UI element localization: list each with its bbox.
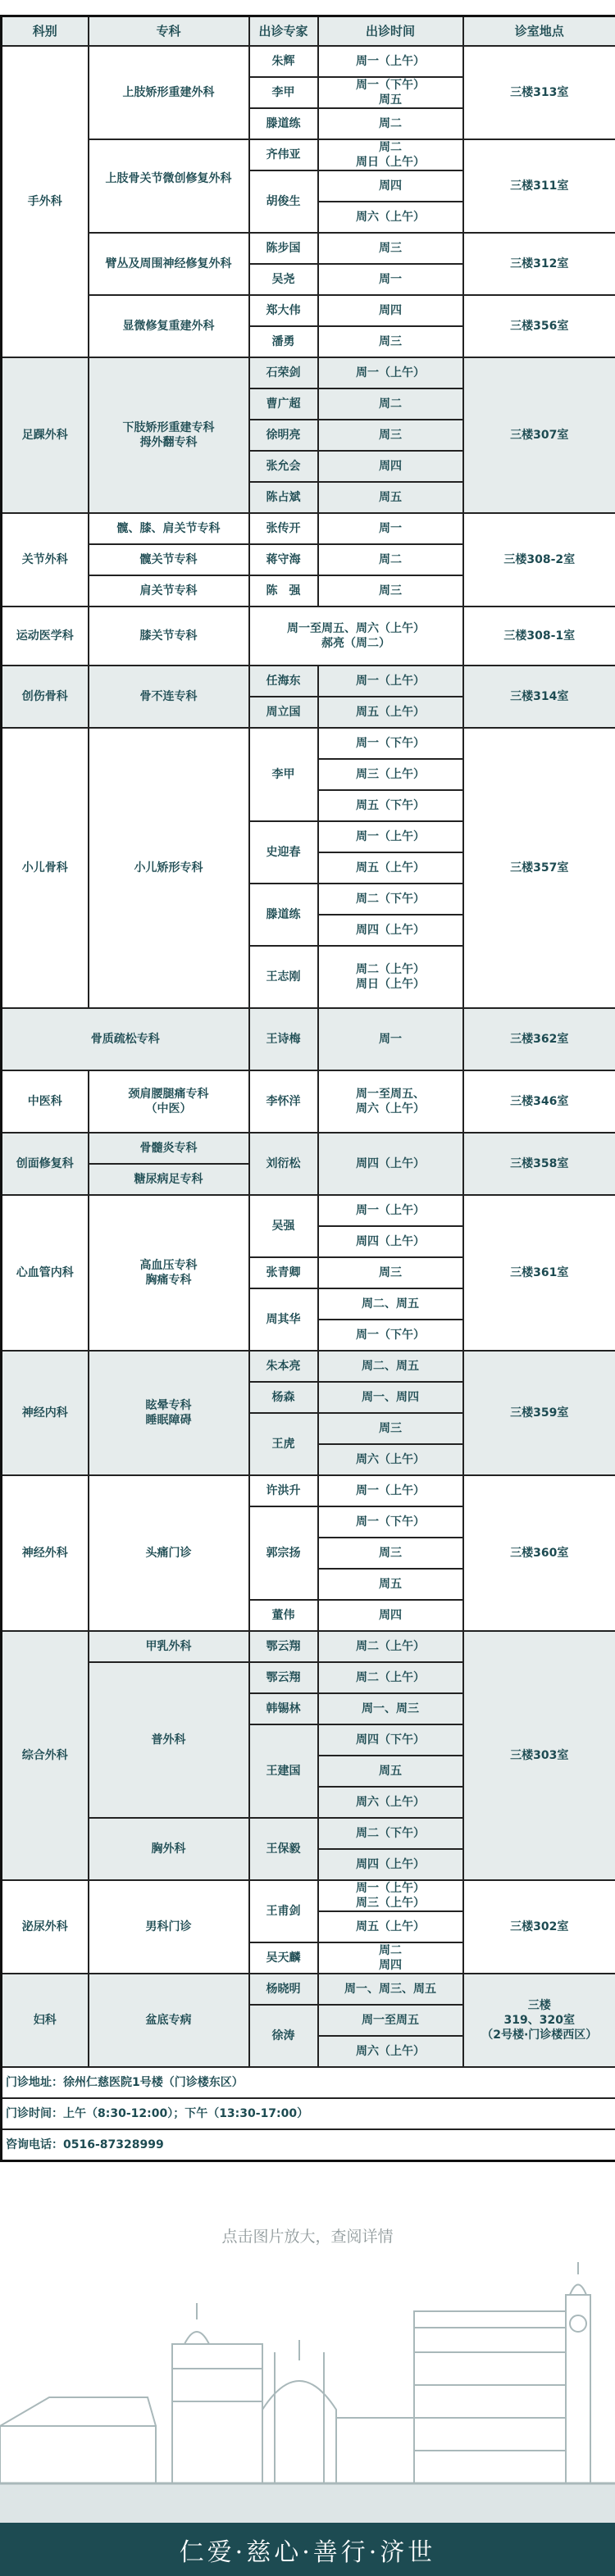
time-cell: 周五（上午） <box>318 1911 463 1942</box>
specialty-cell: 男科门诊 <box>89 1880 249 1974</box>
doctor-cell: 董伟 <box>249 1600 318 1631</box>
table-row: 创伤骨科 骨不连专科 任海东 周一（上午） 三楼314室 <box>2 666 615 697</box>
department-cell: 关节外科 <box>2 513 89 607</box>
clinic-hours: 门诊时间：上午（8:30-12:00）；下午（13:30-17:00） <box>2 2098 615 2129</box>
room-cell: 三楼312室 <box>463 233 615 295</box>
hospital-slogan: 仁爱·慈心·善行·济世 <box>180 2532 436 2568</box>
doctor-cell: 陈占斌 <box>249 482 318 513</box>
doctor-cell: 朱本亮 <box>249 1351 318 1382</box>
room-cell: 三楼357室 <box>463 728 615 1008</box>
time-cell: 周一（上午） <box>318 357 463 388</box>
table-row: 神经外科 头痛门诊 许洪升 周一（上午） 三楼360室 <box>2 1475 615 1506</box>
doctor-cell: 滕道练 <box>249 108 318 139</box>
time-cell: 周六（上午） <box>318 1787 463 1818</box>
slogan-banner: 仁爱·慈心·善行·济世 <box>0 2523 615 2576</box>
phone-row: 咨询电话：0516-87328999 <box>2 2129 615 2161</box>
time-cell: 周三 <box>318 1413 463 1444</box>
specialty-cell: 高血压专科 胸痛专科 <box>89 1195 249 1351</box>
time-cell: 周一（下午） <box>318 1506 463 1538</box>
department-cell: 创伤骨科 <box>2 666 89 728</box>
time-cell: 周五（上午） <box>318 697 463 728</box>
time-cell: 周六（上午） <box>318 1444 463 1475</box>
specialty-cell: 甲乳外科 <box>89 1631 249 1662</box>
click-to-enlarge-hint[interactable]: 点击图片放大，查阅详情 <box>0 2224 615 2247</box>
room-cell: 三楼346室 <box>463 1070 615 1133</box>
header-doctor: 出诊专家 <box>249 16 318 47</box>
time-cell: 周二 周四 <box>318 1942 463 1974</box>
time-cell: 周二（下午） <box>318 1818 463 1849</box>
time-cell: 周五（上午） <box>318 852 463 884</box>
doctor-cell: 韩锡林 <box>249 1693 318 1724</box>
table-row: 心血管内科 高血压专科 胸痛专科 吴强 周一（上午） 三楼361室 <box>2 1195 615 1226</box>
doctor-cell: 郭宗扬 <box>249 1506 318 1600</box>
doctor-cell: 吴强 <box>249 1195 318 1257</box>
time-cell: 周三 <box>318 326 463 357</box>
time-cell: 周一（下午） 周五 <box>318 77 463 108</box>
table-row: 泌尿外科 男科门诊 王甫剑 周一（上午） 周三（上午） 三楼302室 <box>2 1880 615 1911</box>
specialty-cell: 糖尿病足专科 <box>89 1164 249 1195</box>
doctor-cell: 徐明亮 <box>249 420 318 451</box>
table-row: 手外科 上肢矫形重建外科 朱辉 周一（上午） 三楼313室 <box>2 46 615 77</box>
table-row: 足踝外科 下肢矫形重建专科 拇外翻专科 石荣剑 周一（上午） 三楼307室 <box>2 357 615 388</box>
time-cell: 周二（下午） <box>318 884 463 915</box>
time-cell: 周四 <box>318 295 463 326</box>
specialty-cell: 骨不连专科 <box>89 666 249 728</box>
schedule-cell: 周一至周五、周六（上午） 郝亮（周二） <box>249 607 463 666</box>
time-cell: 周二 <box>318 544 463 575</box>
doctor-cell: 徐涛 <box>249 2005 318 2067</box>
department-cell: 神经外科 <box>2 1475 89 1631</box>
department-cell: 心血管内科 <box>2 1195 89 1351</box>
doctor-cell: 吴尧 <box>249 264 318 295</box>
time-cell: 周五（下午） <box>318 790 463 821</box>
specialty-cell: 上肢矫形重建外科 <box>89 46 249 139</box>
doctor-cell: 张青卿 <box>249 1257 318 1288</box>
room-cell: 三楼303室 <box>463 1631 615 1880</box>
specialty-cell: 盆底专病 <box>89 1974 249 2067</box>
specialty-cell: 显微修复重建外科 <box>89 295 249 357</box>
outpatient-schedule-table: 科别 专科 出诊专家 出诊时间 诊室地点 手外科 上肢矫形重建外科 朱辉 周一（… <box>0 15 615 2162</box>
doctor-cell: 石荣剑 <box>249 357 318 388</box>
time-cell: 周二 周日（上午） <box>318 139 463 170</box>
specialty-cell: 髋关节专科 <box>89 544 249 575</box>
table-row: 神经内科 眩晕专科 睡眠障碍 朱本亮 周二、周五 三楼359室 <box>2 1351 615 1382</box>
room-cell: 三楼302室 <box>463 1880 615 1974</box>
table-row: 显微修复重建外科 郑大伟 周四 三楼356室 <box>2 295 615 326</box>
time-cell: 周六（上午） <box>318 202 463 233</box>
time-cell: 周三（上午） <box>318 759 463 790</box>
doctor-cell: 李怀洋 <box>249 1070 318 1133</box>
room-cell: 三楼307室 <box>463 357 615 513</box>
specialty-cell: 骨髓炎专科 <box>89 1133 249 1164</box>
time-cell: 周二 <box>318 108 463 139</box>
header-specialty: 专科 <box>89 16 249 47</box>
time-cell: 周五 <box>318 1569 463 1600</box>
doctor-cell: 周其华 <box>249 1288 318 1351</box>
time-cell: 周四 <box>318 1600 463 1631</box>
table-row: 臂丛及周围神经修复外科 陈步国 周三 三楼312室 <box>2 233 615 264</box>
specialty-cell: 骨质疏松专科 <box>2 1008 249 1070</box>
time-cell: 周五 <box>318 482 463 513</box>
room-cell: 三楼356室 <box>463 295 615 357</box>
hospital-building-sketch-image[interactable] <box>0 2246 615 2528</box>
time-cell: 周四（上午） <box>318 1849 463 1880</box>
doctor-cell: 李甲 <box>249 728 318 821</box>
room-cell: 三楼313室 <box>463 46 615 139</box>
time-cell: 周一至周五 <box>318 2005 463 2036</box>
time-cell: 周四（下午） <box>318 1724 463 1756</box>
specialty-cell: 颈肩腰腿痛专科 （中医） <box>89 1070 249 1133</box>
specialty-cell: 肩关节专科 <box>89 575 249 607</box>
time-cell: 周五 <box>318 1756 463 1787</box>
doctor-cell: 王甫剑 <box>249 1880 318 1942</box>
room-cell: 三楼 319、320室 （2号楼·门诊楼西区） <box>463 1974 615 2067</box>
time-cell: 周一（上午） <box>318 1475 463 1506</box>
specialty-cell: 眩晕专科 睡眠障碍 <box>89 1351 249 1475</box>
doctor-cell: 潘勇 <box>249 326 318 357</box>
doctor-cell: 张允会 <box>249 451 318 482</box>
time-cell: 周四 <box>318 451 463 482</box>
doctor-cell: 胡俊生 <box>249 170 318 233</box>
time-cell: 周二 <box>318 388 463 420</box>
time-cell: 周一（下午） <box>318 728 463 759</box>
time-cell: 周一至周五、 周六（上午） <box>318 1070 463 1133</box>
room-cell: 三楼314室 <box>463 666 615 728</box>
time-cell: 周四（上午） <box>318 1226 463 1257</box>
header-time: 出诊时间 <box>318 16 463 47</box>
table-row: 小儿骨科 小儿矫形专科 李甲 周一（下午） 三楼357室 <box>2 728 615 759</box>
room-cell: 三楼361室 <box>463 1195 615 1351</box>
table-row: 中医科 颈肩腰腿痛专科 （中医） 李怀洋 周一至周五、 周六（上午） 三楼346… <box>2 1070 615 1133</box>
time-cell: 周二（上午） <box>318 1662 463 1693</box>
time-cell: 周二（上午） <box>318 1631 463 1662</box>
doctor-cell: 滕道练 <box>249 884 318 946</box>
table-row: 关节外科 髋、膝、肩关节专科 张传开 周一 三楼308-2室 <box>2 513 615 544</box>
doctor-cell: 鄂云翔 <box>249 1662 318 1693</box>
table-row: 综合外科 甲乳外科 鄂云翔 周二（上午） 三楼303室 <box>2 1631 615 1662</box>
doctor-cell: 吴天麟 <box>249 1942 318 1974</box>
time-cell: 周一、周四 <box>318 1382 463 1413</box>
doctor-cell: 刘衍松 <box>249 1133 318 1195</box>
time-cell: 周一（下午） <box>318 1320 463 1351</box>
header-department: 科别 <box>2 16 89 47</box>
doctor-cell: 朱辉 <box>249 46 318 77</box>
specialty-cell: 髋、膝、肩关节专科 <box>89 513 249 544</box>
table-row: 运动医学科 膝关节专科 周一至周五、周六（上午） 郝亮（周二） 三楼308-1室 <box>2 607 615 666</box>
time-cell: 周三 <box>318 575 463 607</box>
clinic-address: 门诊地址：徐州仁慈医院1号楼（门诊楼东区） <box>2 2067 615 2098</box>
doctor-cell: 许洪升 <box>249 1475 318 1506</box>
doctor-cell: 陈 强 <box>249 575 318 607</box>
department-cell: 足踝外科 <box>2 357 89 513</box>
department-cell: 神经内科 <box>2 1351 89 1475</box>
doctor-cell: 蒋守海 <box>249 544 318 575</box>
room-cell: 三楼360室 <box>463 1475 615 1631</box>
table-header-row: 科别 专科 出诊专家 出诊时间 诊室地点 <box>2 16 615 47</box>
doctor-cell: 王志刚 <box>249 946 318 1008</box>
time-cell: 周一（上午） <box>318 1195 463 1226</box>
room-cell: 三楼362室 <box>463 1008 615 1070</box>
doctor-cell: 史迎春 <box>249 821 318 884</box>
address-row: 门诊地址：徐州仁慈医院1号楼（门诊楼东区） <box>2 2067 615 2098</box>
doctor-cell: 曹广超 <box>249 388 318 420</box>
doctor-cell: 王保毅 <box>249 1818 318 1880</box>
room-cell: 三楼308-2室 <box>463 513 615 607</box>
specialty-cell: 胸外科 <box>89 1818 249 1880</box>
time-cell: 周二、周五 <box>318 1288 463 1320</box>
doctor-cell: 周立国 <box>249 697 318 728</box>
table-row: 妇科 盆底专病 杨晓明 周一、周三、周五 三楼 319、320室 （2号楼·门诊… <box>2 1974 615 2005</box>
header-room: 诊室地点 <box>463 16 615 47</box>
room-cell: 三楼308-1室 <box>463 607 615 666</box>
time-cell: 周一 <box>318 1008 463 1070</box>
department-cell: 泌尿外科 <box>2 1880 89 1974</box>
time-cell: 周一（上午） <box>318 821 463 852</box>
time-cell: 周二、周五 <box>318 1351 463 1382</box>
room-cell: 三楼358室 <box>463 1133 615 1195</box>
doctor-cell: 李甲 <box>249 77 318 108</box>
specialty-cell: 普外科 <box>89 1662 249 1818</box>
department-cell: 创面修复科 <box>2 1133 89 1195</box>
doctor-cell: 齐伟亚 <box>249 139 318 170</box>
time-cell: 周一（上午） <box>318 666 463 697</box>
doctor-cell: 杨森 <box>249 1382 318 1413</box>
time-cell: 周一、周三 <box>318 1693 463 1724</box>
department-cell: 妇科 <box>2 1974 89 2067</box>
consult-phone[interactable]: 咨询电话：0516-87328999 <box>2 2129 615 2161</box>
doctor-cell: 王诗梅 <box>249 1008 318 1070</box>
specialty-cell: 上肢骨关节微创修复外科 <box>89 139 249 233</box>
table-row: 骨质疏松专科 王诗梅 周一 三楼362室 <box>2 1008 615 1070</box>
specialty-cell: 下肢矫形重建专科 拇外翻专科 <box>89 357 249 513</box>
department-cell: 手外科 <box>2 46 89 357</box>
doctor-cell: 鄂云翔 <box>249 1631 318 1662</box>
doctor-cell: 杨晓明 <box>249 1974 318 2005</box>
doctor-cell: 郑大伟 <box>249 295 318 326</box>
time-cell: 周四（上午） <box>318 915 463 946</box>
time-cell: 周六（上午） <box>318 2036 463 2067</box>
time-cell: 周三 <box>318 1257 463 1288</box>
time-cell: 周一 <box>318 264 463 295</box>
doctor-cell: 任海东 <box>249 666 318 697</box>
time-cell: 周一（上午） <box>318 46 463 77</box>
room-cell: 三楼359室 <box>463 1351 615 1475</box>
time-cell: 周一（上午） 周三（上午） <box>318 1880 463 1911</box>
specialty-cell: 膝关节专科 <box>89 607 249 666</box>
time-cell: 周三 <box>318 420 463 451</box>
specialty-cell: 头痛门诊 <box>89 1475 249 1631</box>
room-cell: 三楼311室 <box>463 139 615 233</box>
time-cell: 周一、周三、周五 <box>318 1974 463 2005</box>
department-cell: 小儿骨科 <box>2 728 89 1008</box>
time-cell: 周一 <box>318 513 463 544</box>
doctor-cell: 陈步国 <box>249 233 318 264</box>
time-cell: 周二（上午） 周日（上午） <box>318 946 463 1008</box>
doctor-cell: 王建国 <box>249 1724 318 1818</box>
doctor-cell: 张传开 <box>249 513 318 544</box>
department-cell: 综合外科 <box>2 1631 89 1880</box>
time-cell: 周四（上午） <box>318 1133 463 1195</box>
specialty-cell: 臂丛及周围神经修复外科 <box>89 233 249 295</box>
department-cell: 中医科 <box>2 1070 89 1133</box>
specialty-cell: 小儿矫形专科 <box>89 728 249 1008</box>
time-cell: 周三 <box>318 1538 463 1569</box>
table-row: 创面修复科 骨髓炎专科 刘衍松 周四（上午） 三楼358室 <box>2 1133 615 1164</box>
time-cell: 周三 <box>318 233 463 264</box>
table-row: 上肢骨关节微创修复外科 齐伟亚 周二 周日（上午） 三楼311室 <box>2 139 615 170</box>
hours-row: 门诊时间：上午（8:30-12:00）；下午（13:30-17:00） <box>2 2098 615 2129</box>
doctor-cell: 王虎 <box>249 1413 318 1475</box>
department-cell: 运动医学科 <box>2 607 89 666</box>
time-cell: 周四 <box>318 170 463 202</box>
